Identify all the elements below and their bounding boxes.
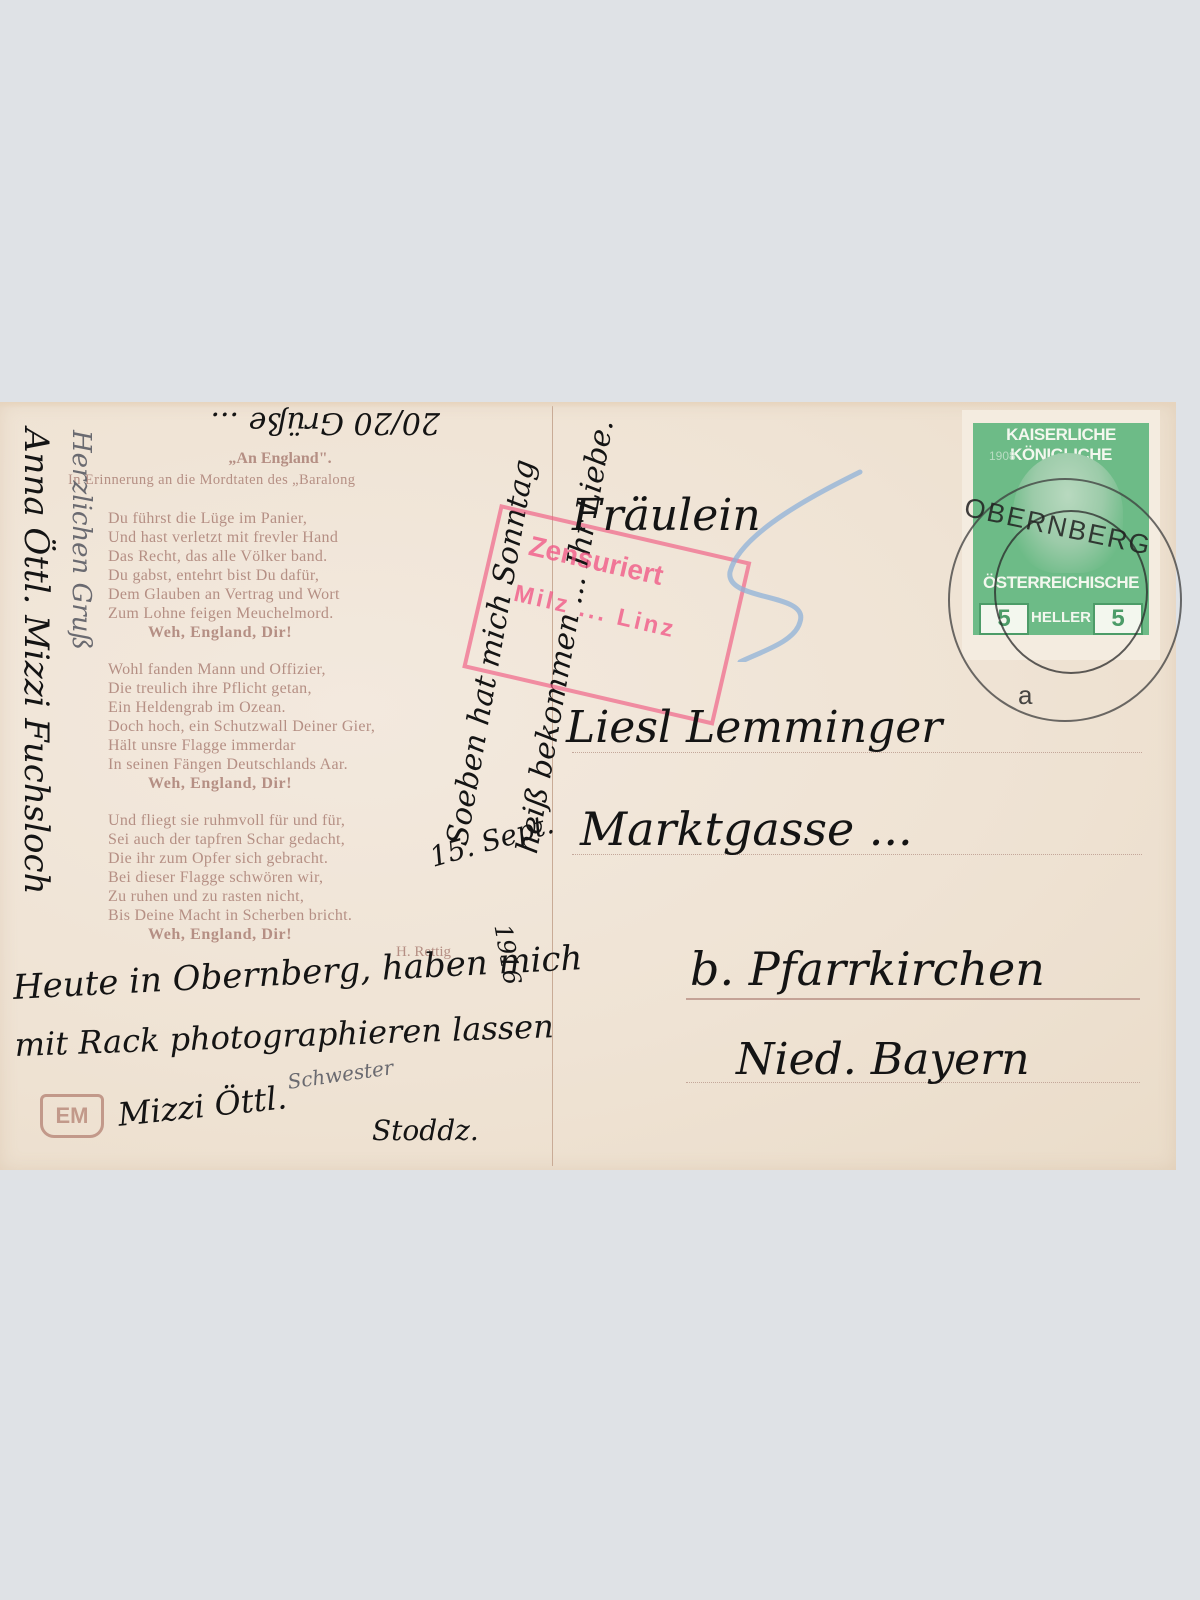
postcard: „An England". In Erinnerung an die Mordt… — [0, 402, 1176, 1170]
poem-line: Bis Deine Macht in Scherben bricht. — [108, 906, 352, 925]
stamp-year: 1908 — [989, 449, 1016, 463]
poem-line: In seinen Fängen Deutschlands Aar. — [108, 755, 375, 774]
poem-stanza-2: Wohl fanden Mann und Offizier, Die treul… — [108, 660, 375, 793]
poem-stanza-3: Und fliegt sie ruhmvoll für und für, Sei… — [108, 811, 352, 944]
handwriting-left-vertical-2: Anna Öttl. Mizzi Fuchsloch — [16, 428, 56, 894]
handwriting-message-line-1: Heute in Obernberg, haben mich — [12, 938, 583, 1008]
poem-stanza-1: Du führst die Lüge im Panier, Und hast v… — [108, 509, 340, 642]
poem-line: Dem Glauben an Vertrag und Wort — [108, 585, 340, 604]
poem-line: Doch hoch, ein Schutzwall Deiner Gier, — [108, 717, 375, 736]
poem-line: Du führst die Lüge im Panier, — [108, 509, 340, 528]
poem-line: Ein Heldengrab im Ozean. — [108, 698, 375, 717]
handwriting-signature-3: Stoddz. — [372, 1114, 479, 1147]
poem-line: Sei auch der tapfren Schar gedacht, — [108, 830, 352, 849]
address-place: b. Pfarrkirchen — [690, 942, 1045, 996]
poem-line: Die ihr zum Opfer sich gebracht. — [108, 849, 352, 868]
poem-line: Zu ruhen und zu rasten nicht, — [108, 887, 352, 906]
handwriting-signature-1: Mizzi Öttl. — [116, 1078, 289, 1134]
poem-title: „An England". — [210, 450, 350, 468]
poem-line: Und fliegt sie ruhmvoll für und für, — [108, 811, 352, 830]
poem-refrain: Weh, England, Dir! — [108, 623, 340, 642]
handwriting-left-vertical-1: Herzlichen Gruß — [66, 430, 96, 650]
address-rule-solid — [686, 998, 1140, 1000]
poem-line: Hält unsre Flagge immerdar — [108, 736, 375, 755]
postmark-letter: a — [1018, 680, 1032, 711]
poem-line: Und hast verletzt mit frevler Hand — [108, 528, 340, 547]
handwriting-signature-2: Schwester — [286, 1055, 395, 1094]
handwriting-top-upside-down: 20/20 Grüße ... — [210, 405, 440, 440]
address-name: Liesl Lemminger — [566, 702, 942, 753]
poem-refrain: Weh, England, Dir! — [108, 925, 352, 944]
poem-line: Wohl fanden Mann und Offizier, — [108, 660, 375, 679]
poem-line: Die treulich ihre Pflicht getan, — [108, 679, 375, 698]
poem-line: Bei dieser Flagge schwören wir, — [108, 868, 352, 887]
publisher-logo: EM — [40, 1094, 104, 1138]
poem-line: Das Recht, das alle Völker band. — [108, 547, 340, 566]
poem-line: Du gabst, entehrt bist Du dafür, — [108, 566, 340, 585]
address-salutation: Fräulein — [572, 490, 761, 541]
poem-refrain: Weh, England, Dir! — [108, 774, 375, 793]
poem-subtitle: In Erinnerung an die Mordtaten des „Bara… — [68, 472, 355, 489]
handwriting-message-line-2: mit Rack photographieren lassen — [14, 1007, 554, 1064]
poem-line: Zum Lohne feigen Meuchelmord. — [108, 604, 340, 623]
address-region: Nied. Bayern — [736, 1034, 1030, 1085]
address-street: Marktgasse ... — [580, 802, 913, 856]
